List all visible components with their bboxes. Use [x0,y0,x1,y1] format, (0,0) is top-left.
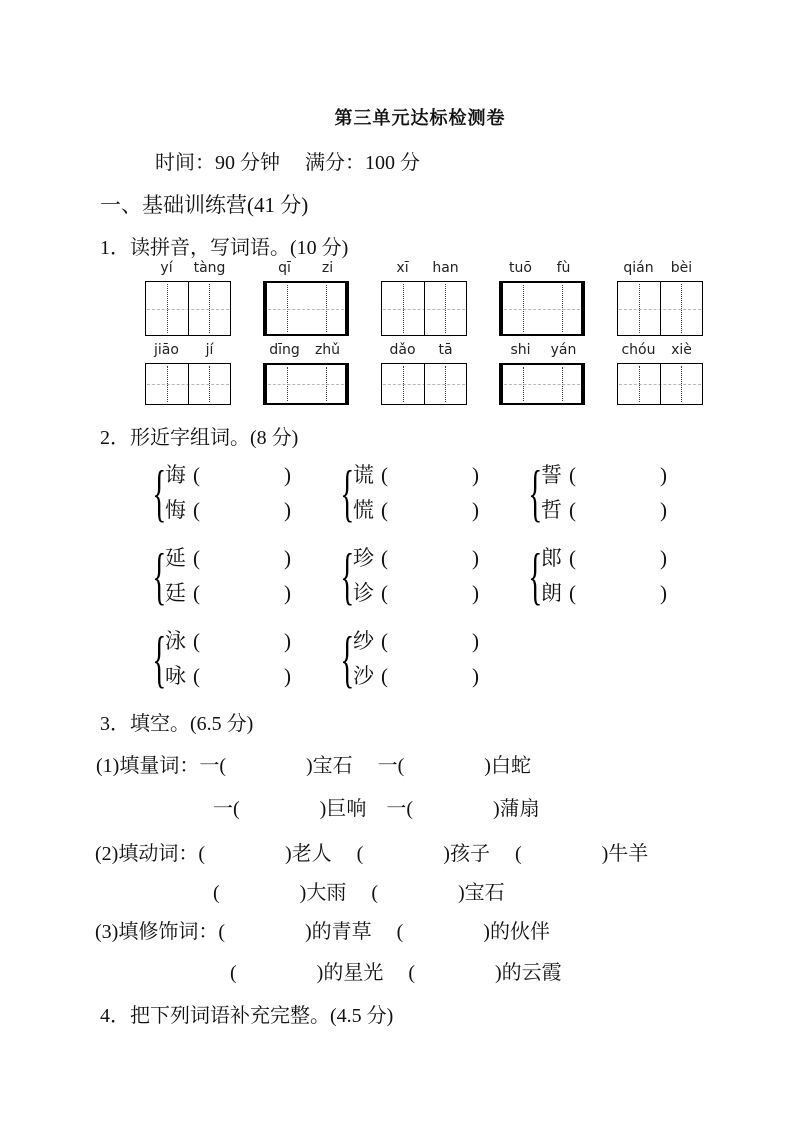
confusable-pair: {延( )廷( ) [148,541,320,611]
pinyin-syllables: qiánbèi [617,259,703,278]
pinyin-syllable: dīng [263,341,306,360]
pair-top-line: 郎( ) [541,541,696,576]
pair-brace: { [152,463,159,523]
question-4-heading: 4．把下列词语补充完整。(4.5 分) [100,999,393,1028]
fill-blank-line: ( )大雨 ( )宝石 [213,876,505,905]
pair-brace: { [340,629,347,689]
pinyin-row-2: jiāojídīngzhǔdǎotāshiyánchóuxiè [145,341,703,405]
pair-bottom-line: 廷( ) [165,576,320,611]
pinyin-syllable: qī [263,259,306,278]
pinyin-syllable: chóu [617,341,660,360]
answer-blank: ( ) [381,581,479,605]
grid-divider-line [424,363,425,405]
pair-character: 沙 [353,664,374,688]
answer-blank: ( ) [193,629,291,653]
pinyin-word: dǎotā [381,341,467,405]
pinyin-word: tuōfù [499,259,585,336]
writing-grid-box [499,281,585,336]
answer-blank: ( ) [569,463,667,487]
grid-guide-line [268,384,344,385]
pair-lines: 延( )廷( ) [165,541,320,611]
pair-character: 诲 [165,463,186,487]
pinyin-word: qiánbèi [617,259,703,336]
pinyin-syllable: jiāo [145,341,188,360]
writing-grid-box [617,281,703,336]
pair-row-1: {诲( )悔( ){谎( )慌( ){誓( )哲( ) [148,458,696,528]
pinyin-syllables: shiyán [499,341,585,360]
pinyin-syllables: chóuxiè [617,341,703,360]
pinyin-word: shiyán [499,341,585,405]
pair-lines: 誓( )哲( ) [541,458,696,528]
pair-character: 郎 [541,546,562,570]
answer-blank: ( ) [381,629,479,653]
grid-divider-line [660,281,661,336]
pair-brace: { [340,546,347,606]
confusable-pair: {誓( )哲( ) [524,458,696,528]
pair-top-line: 纱( ) [353,624,508,659]
writing-grid-box [145,363,231,405]
pair-brace: { [528,463,535,523]
pinyin-syllable: tā [424,341,467,360]
pinyin-syllable: yán [542,341,585,360]
pinyin-syllable: bèi [660,259,703,278]
pair-top-line: 誓( ) [541,458,696,493]
section-1-heading: 一、基础训练营(41 分) [100,189,308,219]
fill-blank-line: (2)填动词：( )老人 ( )孩子 ( )牛羊 [95,837,648,866]
pair-bottom-line: 慌( ) [353,493,508,528]
pinyin-syllables: qīzi [263,259,349,278]
pair-lines: 郎( )朗( ) [541,541,696,611]
pinyin-syllables: dīngzhǔ [263,341,349,360]
pinyin-syllable: fù [542,259,585,278]
writing-grid-box [145,281,231,336]
writing-grid-box [617,363,703,405]
pair-character: 誓 [541,463,562,487]
question-2-heading: 2．形近字组词。(8 分) [100,421,298,450]
pinyin-syllable: han [424,259,467,278]
writing-grid-box [381,363,467,405]
question-1-heading: 1．读拼音，写词语。(10 分) [100,231,348,260]
pinyin-syllable: zi [306,259,349,278]
paper-title: 第三单元达标检测卷 [100,104,740,130]
fill-blank-line: (3)填修饰词：( )的青草 ( )的伙伴 [95,915,550,944]
writing-grid-box [499,363,585,405]
fill-blank-line: (1)填量词：一( )宝石 一( )白蛇 [96,749,531,778]
pinyin-syllable: dǎo [381,341,424,360]
pinyin-syllable: tuō [499,259,542,278]
pair-lines: 纱( )沙( ) [353,624,508,694]
grid-divider-line [188,363,189,405]
answer-blank: ( ) [381,463,479,487]
answer-blank: ( ) [193,581,291,605]
pair-brace: { [152,629,159,689]
pinyin-syllable: zhǔ [306,341,349,360]
answer-blank: ( ) [193,664,291,688]
pinyin-word: dīngzhǔ [263,341,349,405]
writing-grid-box [263,363,349,405]
pair-lines: 泳( )咏( ) [165,624,320,694]
grid-guide-line [268,309,344,310]
pinyin-syllable: tàng [188,259,231,278]
pair-character: 朗 [541,581,562,605]
pair-bottom-line: 悔( ) [165,493,320,528]
pair-row-2: {延( )廷( ){珍( )诊( ){郎( )朗( ) [148,541,696,611]
pair-bottom-line: 诊( ) [353,576,508,611]
confusable-pair: {纱( )沙( ) [336,624,508,694]
grid-divider-line [188,281,189,336]
pinyin-word: qīzi [263,259,349,336]
pair-character: 廷 [165,581,186,605]
pinyin-word: chóuxiè [617,341,703,405]
answer-blank: ( ) [193,546,291,570]
pair-character: 诊 [353,581,374,605]
answer-blank: ( ) [193,498,291,522]
pair-top-line: 诲( ) [165,458,320,493]
pair-bottom-line: 咏( ) [165,659,320,694]
grid-divider-line [424,281,425,336]
question-3-heading: 3．填空。(6.5 分) [100,707,253,736]
pinyin-row-1: yítàngqīzixīhantuōfùqiánbèi [145,259,703,336]
pair-character: 珍 [353,546,374,570]
pinyin-syllables: xīhan [381,259,467,278]
answer-blank: ( ) [381,664,479,688]
grid-guide-line [504,309,580,310]
pair-bottom-line: 沙( ) [353,659,508,694]
pinyin-syllables: tuōfù [499,259,585,278]
confusable-pair: {谎( )慌( ) [336,458,508,528]
pinyin-syllables: yítàng [145,259,231,278]
answer-blank: ( ) [381,498,479,522]
answer-blank: ( ) [381,546,479,570]
pinyin-word: yítàng [145,259,231,336]
pinyin-syllable: yí [145,259,188,278]
pair-character: 咏 [165,664,186,688]
answer-blank: ( ) [193,463,291,487]
fill-blank-line: 一( )巨响 一( )蒲扇 [213,792,540,821]
pinyin-word: xīhan [381,259,467,336]
grid-divider-line [660,363,661,405]
pinyin-syllable: jí [188,341,231,360]
pair-top-line: 谎( ) [353,458,508,493]
pinyin-syllable: qián [617,259,660,278]
pair-character: 哲 [541,498,562,522]
pair-character: 延 [165,546,186,570]
confusable-pair: {泳( )咏( ) [148,624,320,694]
pinyin-word: jiāojí [145,341,231,405]
pinyin-syllable: xiè [660,341,703,360]
test-paper-page: { "doc": { "title": "第三单元达标检测卷", "meta":… [0,0,793,1122]
pair-top-line: 延( ) [165,541,320,576]
confusable-pair: {珍( )诊( ) [336,541,508,611]
answer-blank: ( ) [569,546,667,570]
pinyin-syllable: shi [499,341,542,360]
fill-blank-line: ( )的星光 ( )的云霞 [230,956,562,985]
writing-grid-box [263,281,349,336]
pinyin-syllables: dǎotā [381,341,467,360]
pair-top-line: 泳( ) [165,624,320,659]
pair-lines: 诲( )悔( ) [165,458,320,528]
pair-lines: 谎( )慌( ) [353,458,508,528]
pair-brace: { [340,463,347,523]
pair-character: 慌 [353,498,374,522]
pair-bottom-line: 哲( ) [541,493,696,528]
pair-top-line: 珍( ) [353,541,508,576]
pair-brace: { [528,546,535,606]
answer-blank: ( ) [569,581,667,605]
pair-lines: 珍( )诊( ) [353,541,508,611]
pinyin-syllable: xī [381,259,424,278]
pair-row-3: {泳( )咏( ){纱( )沙( ) [148,624,508,694]
answer-blank: ( ) [569,498,667,522]
pinyin-syllables: jiāojí [145,341,231,360]
pair-character: 纱 [353,629,374,653]
confusable-pair: {郎( )朗( ) [524,541,696,611]
pair-bottom-line: 朗( ) [541,576,696,611]
time-score-line: 时间：90 分钟 满分：100 分 [155,146,420,175]
pair-character: 悔 [165,498,186,522]
pair-character: 泳 [165,629,186,653]
grid-guide-line [504,384,580,385]
pair-character: 谎 [353,463,374,487]
pair-brace: { [152,546,159,606]
confusable-pair: {诲( )悔( ) [148,458,320,528]
writing-grid-box [381,281,467,336]
